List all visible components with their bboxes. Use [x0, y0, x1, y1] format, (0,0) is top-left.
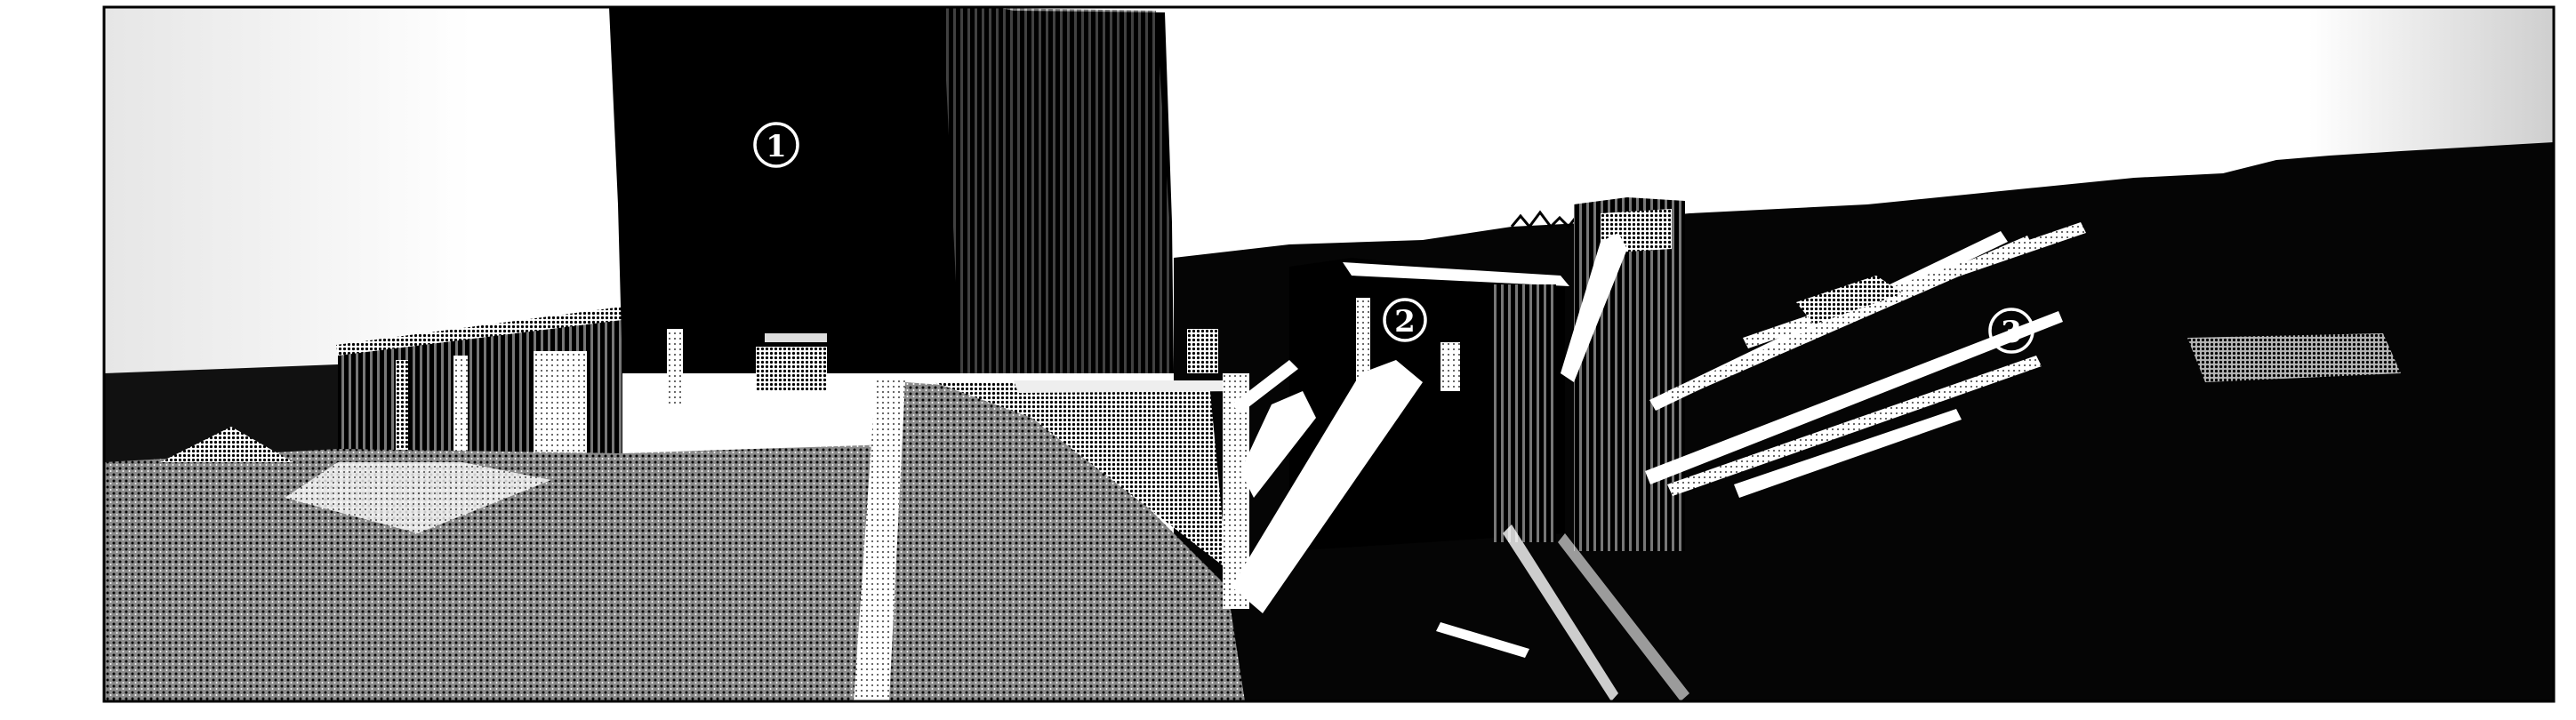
label-2-text: 2 [1394, 304, 1416, 340]
label-1-text: 1 [766, 129, 787, 164]
building-door [534, 351, 587, 456]
label-3-text: 3 [2001, 315, 2022, 350]
site-photograph: 1 2 3 [0, 0, 2576, 720]
